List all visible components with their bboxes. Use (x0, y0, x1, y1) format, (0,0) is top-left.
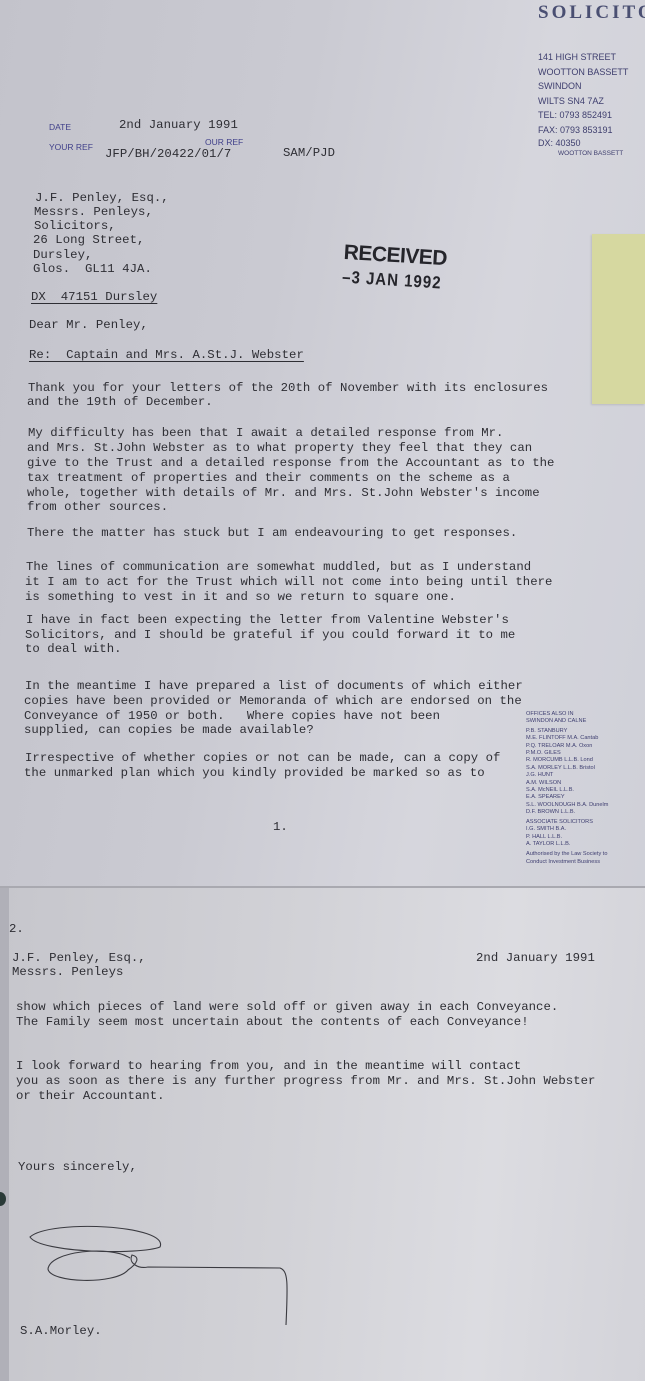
firm-name-heading: SOLICITORS (538, 2, 645, 24)
paragraph-line: Conveyance of 1950 or both. Where copies… (24, 709, 440, 723)
page-number: 1. (273, 820, 288, 834)
address-fax: FAX: 0793 853191 (538, 123, 628, 138)
stamp-date-value: 3 JAN 1992 (351, 268, 442, 293)
partner-names: P.B. STANBURYM.E. FLINTOFF M.A. CantabP.… (526, 728, 641, 817)
partner-name: A.M. WILSON (526, 780, 641, 787)
partners-offices: OFFICES ALSO IN SWINDON AND CALNE (526, 711, 641, 726)
signatory-name: S.A.Morley. (20, 1324, 102, 1338)
partner-name: S.A. McNEIL L.L.B. (526, 787, 641, 794)
paragraph-line: and the 19th of December. (27, 395, 213, 409)
paragraph-line: I have in fact been expecting the letter… (26, 613, 509, 627)
paragraph-line: give to the Trust and a detailed respons… (27, 456, 554, 470)
handwritten-signature (20, 1225, 290, 1325)
paragraph-line: There the matter has stuck but I am ende… (27, 526, 517, 540)
paragraph-line: it I am to act for the Trust which will … (25, 575, 552, 589)
address-telephone: TEL: 0793 852491 (538, 108, 628, 123)
offices-line: SWINDON AND CALNE (526, 718, 641, 725)
recipient-line: Messrs. Penleys (12, 965, 123, 979)
partner-name: P.M.O. GILES (526, 750, 641, 757)
paragraph-line: Irrespective of whether copies or not ca… (25, 751, 500, 765)
partner-name: P.B. STANBURY (526, 728, 641, 735)
firm-address: 141 HIGH STREET WOOTTON BASSETT SWINDON … (538, 50, 628, 158)
paragraph-line: from other sources. (27, 500, 168, 514)
associates-header: ASSOCIATE SOLICITORS (526, 819, 641, 826)
address-line: SWINDON (538, 79, 628, 94)
paragraph-line: My difficulty has been that I await a de… (28, 426, 503, 440)
our-ref-label: OUR REF (205, 137, 243, 147)
paragraph-line: is something to vest in it and so we ret… (25, 590, 456, 604)
sticky-note (592, 234, 645, 404)
date-value: 2nd January 1991 (119, 118, 238, 132)
associate-name: I.G. SMITH B.A. (526, 826, 641, 833)
recipient-line: 26 Long Street, (33, 233, 144, 247)
address-dx-place: WOOTTON BASSETT (538, 149, 628, 158)
partner-name: S.A. MORLEY L.L.B. Bristol (526, 765, 641, 772)
authorisation-line: Authorised by the Law Society to (526, 851, 641, 858)
paragraph-line: In the meantime I have prepared a list o… (25, 679, 523, 693)
closing: Yours sincerely, (18, 1160, 137, 1174)
recipient-line: Dursley, (33, 248, 92, 262)
recipient-line: Solicitors, (34, 219, 116, 233)
paragraph-line: The Family seem most uncertain about the… (16, 1015, 529, 1029)
stamp-title: RECEIVED (343, 241, 448, 271)
paragraph-line: the unmarked plan which you kindly provi… (24, 766, 485, 780)
partner-name: J.G. HUNT (526, 772, 641, 779)
partner-name: S.L. WOOLNOUGH B.A. Dunelm (526, 802, 641, 809)
letter-page-1: SOLICITORS 141 HIGH STREET WOOTTON BASSE… (0, 0, 645, 886)
authorisation-line: Conduct Investment Business (526, 859, 641, 866)
paragraph-line: copies have been provided or Memoranda o… (24, 694, 522, 708)
your-ref-value: JFP/BH/20422/01/7 (105, 147, 231, 161)
paragraph-line: Solicitors, and I should be grateful if … (25, 628, 515, 642)
partner-name: R. MORCUMB L.L.B. Lond (526, 757, 641, 764)
paragraph-line: whole, together with details of Mr. and … (27, 486, 540, 500)
paragraph-line: The lines of communication are somewhat … (26, 560, 531, 574)
page2-date: 2nd January 1991 (476, 951, 595, 965)
paragraph-line: to deal with. (25, 642, 122, 656)
paragraph-line: supplied, can copies be made available? (24, 723, 314, 737)
paragraph-line: and Mrs. St.John Webster as to what prop… (27, 441, 532, 455)
paragraph-line: or their Accountant. (16, 1089, 165, 1103)
address-dx: DX: 40350 (538, 138, 628, 149)
paragraph-line: tax treatment of properties and their co… (27, 471, 510, 485)
address-line: 141 HIGH STREET (538, 50, 628, 65)
address-line: WOOTTON BASSETT (538, 65, 628, 80)
address-line: WILTS SN4 7AZ (538, 94, 628, 109)
recipient-line: Glos. GL11 4JA. (33, 262, 152, 276)
partner-name: M.E. FLINTOFF M.A. Cantab (526, 735, 641, 742)
recipient-line: Messrs. Penleys, (34, 205, 153, 219)
recipient-dx: DX 47151 Dursley (31, 290, 157, 304)
your-ref-label: YOUR REF (49, 142, 93, 152)
partners-list: OFFICES ALSO IN SWINDON AND CALNE P.B. S… (526, 711, 641, 866)
date-label: DATE (49, 122, 71, 132)
subject-line: Re: Captain and Mrs. A.St.J. Webster (29, 348, 304, 362)
authorisation-note: Authorised by the Law Society to Conduct… (526, 851, 641, 866)
associate-name: P. HALL L.L.B. (526, 834, 641, 841)
stamp-date: –3 JAN 1992 (342, 268, 446, 294)
received-stamp: RECEIVED –3 JAN 1992 (342, 241, 448, 292)
associate-names: I.G. SMITH B.A.P. HALL L.L.B.A. TAYLOR L… (526, 826, 641, 848)
partner-name: D.F. BROWN L.L.B. (526, 809, 641, 816)
recipient-line: J.F. Penley, Esq., (35, 191, 169, 205)
offices-line: OFFICES ALSO IN (526, 711, 641, 718)
salutation: Dear Mr. Penley, (29, 318, 148, 332)
paragraph-line: show which pieces of land were sold off … (16, 1000, 558, 1014)
recipient-line: J.F. Penley, Esq., (12, 951, 146, 965)
page-number: 2. (9, 922, 24, 936)
paragraph-line: Thank you for your letters of the 20th o… (28, 381, 548, 395)
associate-name: A. TAYLOR L.L.B. (526, 841, 641, 848)
our-ref-value: SAM/PJD (283, 146, 335, 160)
partner-name: P.Q. TRELOAR M.A. Oxon (526, 743, 641, 750)
paragraph-line: you as soon as there is any further prog… (16, 1074, 596, 1088)
partner-name: E.A. SPEAREY (526, 794, 641, 801)
paragraph-line: I look forward to hearing from you, and … (16, 1059, 521, 1073)
